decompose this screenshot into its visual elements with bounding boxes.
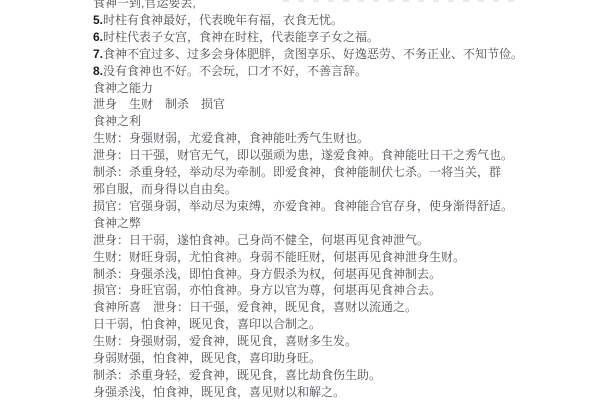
text-line: 损官：身旺官弱，亦怕食神。身方以官为尊，何堪再见食神合去。 bbox=[93, 282, 563, 299]
line-text: 日干弱，怕食神，既见食，喜印以合制之。 bbox=[93, 317, 321, 331]
line-text: 食神一到,官运要丢, bbox=[93, 0, 196, 10]
line-text: 泄身：日干强，财官无气，即以强顽为患，遂爱食神。食神能吐日干之秀气也。 bbox=[93, 148, 513, 162]
text-line: 日干弱，怕食神，既见食，喜印以合制之。 bbox=[93, 316, 563, 333]
text-line: 食神之弊 bbox=[93, 215, 563, 232]
text-line: 身强杀浅，怕食神，既见食，喜见财以和解之。 bbox=[93, 384, 563, 400]
line-text: 身弱财强，怕食神，既见食，喜印助身旺。 bbox=[93, 351, 321, 365]
line-text: 损官：官强身弱，举动尽为束缚，亦爱食神。食神能合官存身，使身渐得舒适。 bbox=[93, 199, 513, 213]
list-number: 8. bbox=[93, 64, 103, 78]
text-line: 泄身 生财 制杀 损官 bbox=[93, 96, 563, 113]
text-line: 生财：身强财弱，尤爱食神，食神能吐秀气生财也。 bbox=[93, 130, 563, 147]
line-text: 生财：身强财弱，尤爱食神，食神能吐秀气生财也。 bbox=[93, 131, 369, 145]
list-number: 7. bbox=[93, 47, 103, 61]
line-text: 食神之利 bbox=[93, 114, 141, 128]
text-line: 泄身：日干弱，遂怕食神。己身尚不健全，何堪再见食神泄气。 bbox=[93, 232, 563, 249]
text-line: 食神之利 bbox=[93, 113, 563, 130]
text-line: 食神一到,官运要丢, bbox=[93, 0, 563, 12]
text-line: 食神之能力 bbox=[93, 80, 563, 97]
text-line: 邪自服，而身得以自由矣。 bbox=[93, 181, 563, 198]
text-line: 食神所喜 泄身：日干强，爱食神，既见食，喜财以流通之。 bbox=[93, 299, 563, 316]
article-page: 食神一到,官运要丢, 5.时柱有食神最好，代表晚年有福，衣食无忧。 6.时柱代表… bbox=[0, 0, 600, 400]
text-line: 生财：财旺身弱，尤怕食神。身弱不能旺财，何堪再见食神泄身生财。 bbox=[93, 249, 563, 266]
document-body: 食神一到,官运要丢, 5.时柱有食神最好，代表晚年有福，衣食无忧。 6.时柱代表… bbox=[93, 0, 563, 400]
list-number: 5. bbox=[93, 13, 103, 27]
line-text: 泄身 生财 制杀 损官 bbox=[93, 97, 225, 111]
line-text: 时柱代表子女宫，食神在时柱，代表能享子女之福。 bbox=[103, 30, 379, 44]
text-line: 制杀：杀重身轻，爱食神，既见食，喜比劫食伤生助。 bbox=[93, 367, 563, 384]
text-line: 制杀：身强杀浅，即怕食神。身方假杀为权，何堪再见食神制去。 bbox=[93, 266, 563, 283]
text-line: 泄身：日干强，财官无气，即以强顽为患，遂爱食神。食神能吐日干之秀气也。 bbox=[93, 147, 563, 164]
text-line: 7.食神不宜过多、过多会身体肥胖，贪图享乐、好逸恶劳、不务正业、不知节俭。 bbox=[93, 46, 563, 63]
line-text: 生财：身强财弱，爱食神，既见食，喜财多生发。 bbox=[93, 334, 357, 348]
line-text: 食神所喜 泄身：日干强，爱食神，既见食，喜财以流通之。 bbox=[93, 300, 417, 314]
line-text: 生财：财旺身弱，尤怕食神。身弱不能旺财，何堪再见食神泄身生财。 bbox=[93, 250, 465, 264]
line-text: 食神之能力 bbox=[93, 81, 153, 95]
line-text: 制杀：杀重身轻，举动尽为牵制。即爱食神，食神能制伏七杀。一将当关，群 bbox=[93, 165, 501, 179]
text-line: 身弱财强，怕食神，既见食，喜印助身旺。 bbox=[93, 350, 563, 367]
text-line: 8.没有食神也不好。不会玩，口才不好，不善言辞。 bbox=[93, 63, 563, 80]
line-text: 制杀：杀重身轻，爱食神，既见食，喜比劫食伤生助。 bbox=[93, 368, 381, 382]
line-text: 制杀：身强杀浅，即怕食神。身方假杀为权，何堪再见食神制去。 bbox=[93, 267, 441, 281]
line-text: 没有食神也不好。不会玩，口才不好，不善言辞。 bbox=[103, 64, 367, 78]
line-text: 身强杀浅，怕食神，既见食，喜见财以和解之。 bbox=[93, 385, 345, 399]
line-text: 时柱有食神最好，代表晚年有福，衣食无忧。 bbox=[103, 13, 343, 27]
line-text: 食神之弊 bbox=[93, 216, 141, 230]
text-line: 6.时柱代表子女宫，食神在时柱，代表能享子女之福。 bbox=[93, 29, 563, 46]
line-text: 邪自服，而身得以自由矣。 bbox=[93, 182, 237, 196]
line-text: 损官：身旺官弱，亦怕食神。身方以官为尊，何堪再见食神合去。 bbox=[93, 283, 441, 297]
text-line: 制杀：杀重身轻，举动尽为牵制。即爱食神，食神能制伏七杀。一将当关，群 bbox=[93, 164, 563, 181]
text-line: 损官：官强身弱，举动尽为束缚，亦爱食神。食神能合官存身，使身渐得舒适。 bbox=[93, 198, 563, 215]
text-line: 生财：身强财弱，爱食神，既见食，喜财多生发。 bbox=[93, 333, 563, 350]
line-text: 食神不宜过多、过多会身体肥胖，贪图享乐、好逸恶劳、不务正业、不知节俭。 bbox=[103, 47, 523, 61]
list-number: 6. bbox=[93, 30, 103, 44]
text-line: 5.时柱有食神最好，代表晚年有福，衣食无忧。 bbox=[93, 12, 563, 29]
line-text: 泄身：日干弱，遂怕食神。己身尚不健全，何堪再见食神泄气。 bbox=[93, 233, 429, 247]
